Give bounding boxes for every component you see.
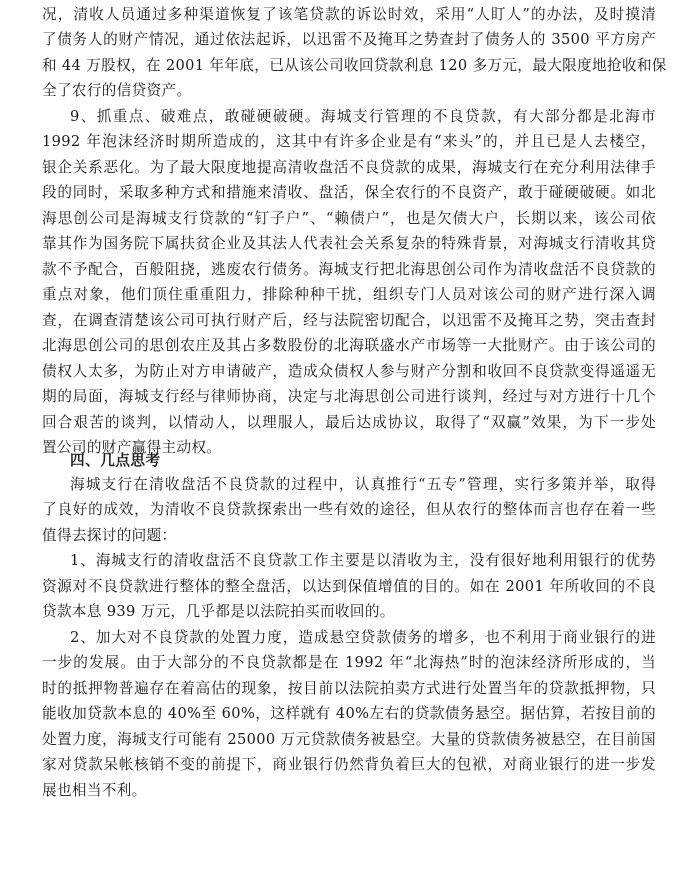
paragraph-line: 靠其作为国务院下属扶贫企业及其法人代表社会关系复杂的特殊背景，对海城支行清收其贷 <box>42 234 656 254</box>
paragraph-line: 9、抓重点、破难点，敢碰硬破硬。海城支行管理的不良贷款，有大部分都是北海市 <box>70 107 656 127</box>
paragraph-line: 1、海城支行的清收盘活不良贷款工作主要是以清收为主，没有很好地利用银行的优势 <box>70 551 656 571</box>
paragraph-line: 处置力度，海城支行可能有 25000 万元贷款债务被悬空。大量的贷款债务被悬空，… <box>42 730 656 750</box>
section-heading: 四、几点思考 <box>70 451 161 471</box>
paragraph-line: 贷款本息 939 万元，几乎都是以法院拍买而收回的。 <box>42 602 656 622</box>
paragraph-line: 资源对不良贷款进行整体的整全盘活，以达到保值增值的目的。如在 2001 年所收回… <box>42 577 656 597</box>
paragraph-line: 回合艰苦的谈判，以情动人，以理服人，最后达成协议，取得了“双赢”效果，为下一步处 <box>42 413 656 433</box>
paragraph-line: 了良好的成效，为清收不良贷款探索出一些有效的途径，但从农行的整体而言也存在着一些 <box>42 500 656 520</box>
paragraph-line: 1992 年泡沫经济时期所造成的，这其中有许多企业是有“来头”的，并且已是人去楼… <box>42 132 656 152</box>
paragraph-line: 和 44 万股权，在 2001 年年底，已从该公司收回贷款利息 120 多万元，… <box>42 56 656 76</box>
paragraph-line: 况，清收人员通过多种渠道恢复了该笔贷款的诉讼时效，采用“人盯人”的办法，及时摸清 <box>42 5 656 25</box>
paragraph-line: 海城支行在清收盘活不良贷款的过程中，认真推行“五专”管理，实行多策并举，取得 <box>70 475 656 495</box>
paragraph-line: 时的抵押物普遍存在着高估的现象，按目前以法院拍卖方式进行处置当年的贷款抵押物，只 <box>42 679 656 699</box>
paragraph-line: 海思创公司是海城支行贷款的“钉子户”、“赖债户”，也是欠债大户，长期以来，该公司… <box>42 209 656 229</box>
paragraph-line: 重点对象，他们顶住重重阻力，排除种种干扰，组织专门人员对该公司的财产进行深入调 <box>42 285 656 305</box>
paragraph-line: 款不予配合，百般阻挠，逃废农行债务。海城支行把北海思创公司作为清收盘活不良贷款的 <box>42 260 656 280</box>
paragraph-line: 银企关系恶化。为了最大限度地提高清收盘活不良贷款的成果，海城支行在充分利用法律手 <box>42 158 656 178</box>
paragraph-line: 家对贷款呆帐核销不变的前提下，商业银行仍然背负着巨大的包袱，对商业银行的进一步发 <box>42 755 656 775</box>
paragraph-line: 北海思创公司的思创农庄及其占多数股份的北海联盛水产市场等一大批财产。由于该公司的 <box>42 336 656 356</box>
paragraph-line: 能收加贷款本息的 40%至 60%，这样就有 40%左右的贷款债务悬空。据估算，… <box>42 704 656 724</box>
paragraph-line: 2、加大对不良贷款的处置力度，造成悬空贷款债务的增多，也不利用于商业银行的进 <box>70 628 656 648</box>
paragraph-line: 一步的发展。由于大部分的不良贷款都是在 1992 年“北海热”时的泡沫经济所形成… <box>42 653 656 673</box>
paragraph-line: 期的局面，海城支行经与律师协商，决定与北海思创公司进行谈判，经过与对方进行十几个 <box>42 387 656 407</box>
paragraph-line: 查，在调查清楚该公司可执行财产后，经与法院密切配合，以迅雷不及掩耳之势，突击查封 <box>42 311 656 331</box>
paragraph-line: 全了农行的信贷资产。 <box>42 81 656 101</box>
paragraph-line: 债权人太多，为防止对方申请破产，造成众债权人参与财产分割和收回不良贷款变得遥遥无 <box>42 362 656 382</box>
document-page: 况，清收人员通过多种渠道恢复了该笔贷款的诉讼时效，采用“人盯人”的办法，及时摸清… <box>0 0 681 892</box>
paragraph-line: 段的同时，采取多种方式和措施来清收、盘活，保全农行的不良资产，敢于碰硬破硬。如北 <box>42 183 656 203</box>
paragraph-line: 值得去探讨的问题： <box>42 526 656 546</box>
paragraph-line: 了债务人的财产情况，通过依法起诉，以迅雷不及掩耳之势查封了债务人的 3500 平… <box>42 30 656 50</box>
paragraph-line: 展也相当不利。 <box>42 781 656 801</box>
